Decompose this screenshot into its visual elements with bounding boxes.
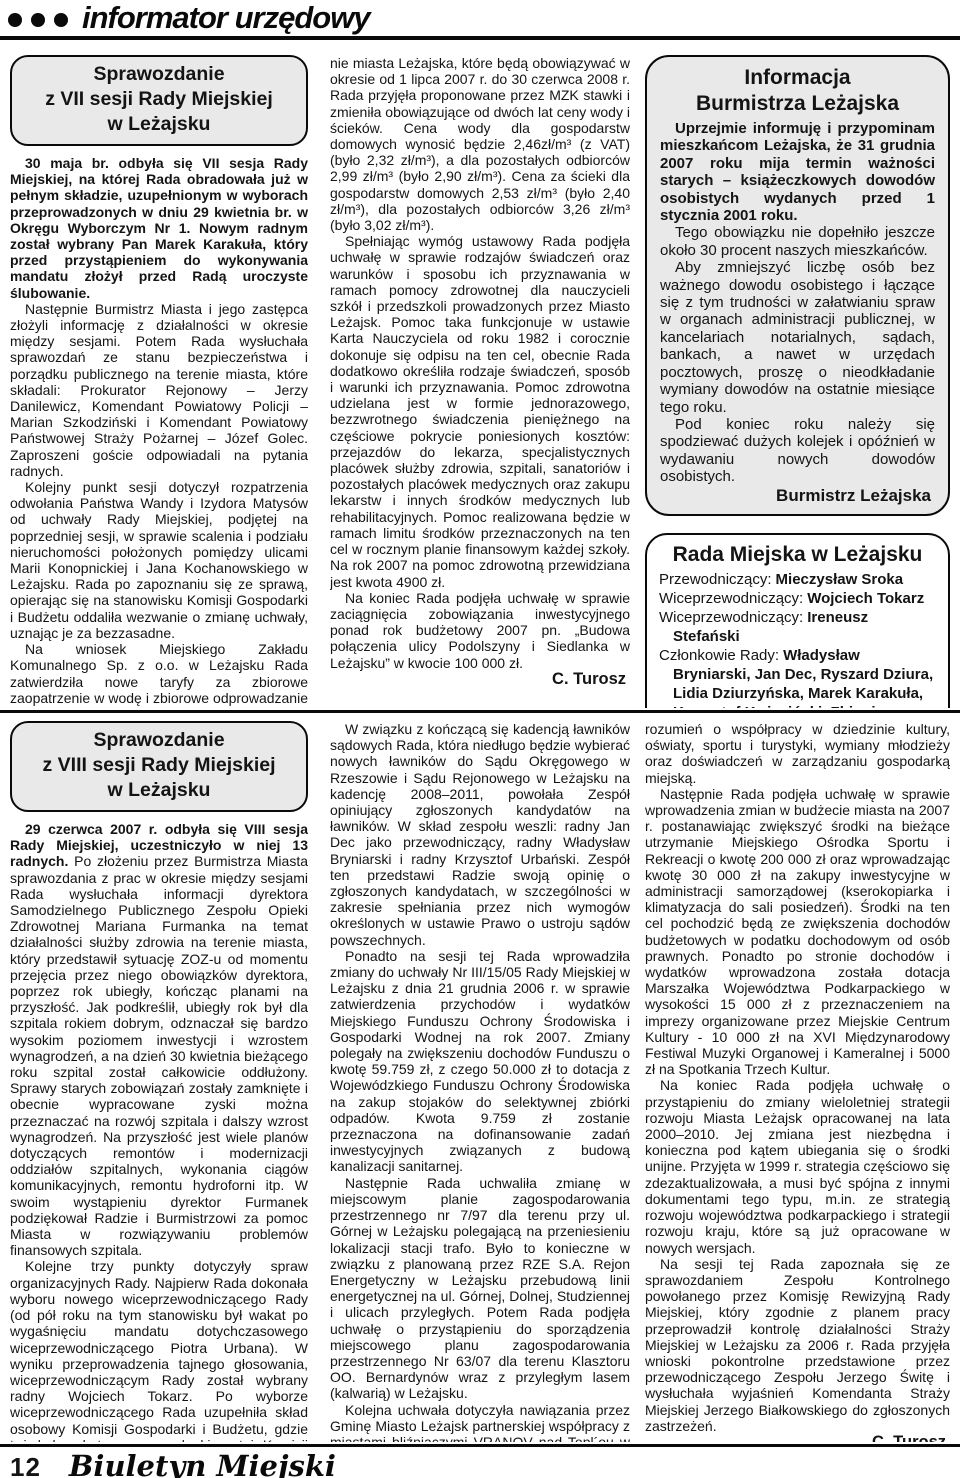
report-viii-column-2: W związku z kończącą się kadencją ławnik…	[330, 721, 630, 1442]
three-dots-icon	[8, 13, 68, 27]
page-number: 12	[10, 1452, 41, 1478]
body-paragraph: Następnie Burmistrz Miasta i jego zastęp…	[10, 301, 308, 479]
title-line: z VII sesji Rady Miejskiej	[16, 87, 302, 112]
report-vii-column-1: Sprawozdanie z VII sesji Rady Miejskiej …	[10, 55, 308, 708]
council-member-line: Członkowie Rady:Władysław Bryniarski, Ja…	[659, 646, 936, 708]
council-member-line: Wiceprzewodniczący:Wojciech Tokarz	[659, 589, 936, 608]
body-paragraph: Na sesji tej Rada zapoznała się ze spraw…	[645, 1256, 950, 1434]
body-paragraph: Na koniec Rada podjęła uchwałę w sprawie…	[330, 590, 630, 671]
body-paragraph: Następnie Rada uchwaliła zmianę w miejsc…	[330, 1175, 630, 1402]
header-rule	[0, 36, 960, 40]
body-paragraph: rozumień o współpracy w dziedzinie kultu…	[645, 721, 950, 786]
signature-c-turosz: C. Turosz	[645, 1434, 950, 1442]
body-paragraph: Na koniec Rada podjęła uchwałę o przystą…	[645, 1077, 950, 1255]
bulletin-title: Biuletyn Miejski	[69, 1449, 336, 1478]
city-council-box: Rada Miejska w Leżajsku Przewodniczący:M…	[645, 533, 950, 708]
body-paragraph: W związku z kończącą się kadencją ławnik…	[330, 721, 630, 948]
body-paragraph: Pod koniec roku należy się spodziewać du…	[660, 416, 935, 486]
body-paragraph: Kolejne trzy punkty dotyczyły spraw orga…	[10, 1258, 308, 1442]
council-member-line: Wiceprzewodniczący:Ireneusz Stefański	[659, 608, 936, 646]
mayor-info-box: Informacja Burmistrza Leżajska Uprzejmie…	[645, 55, 950, 516]
report-viii-column-1: Sprawozdanie z VIII sesji Rady Miejskiej…	[10, 721, 308, 1442]
report-vii-title-box: Sprawozdanie z VII sesji Rady Miejskiej …	[10, 55, 308, 146]
title-line: Sprawozdanie	[16, 62, 302, 87]
body-paragraph: Na wniosek Miejskiego Zakładu Komunalneg…	[10, 641, 308, 708]
section-divider-rule	[0, 710, 960, 713]
body-paragraph: Ponadto na sesji tej Rada wprowadziła zm…	[330, 948, 630, 1175]
body-paragraph: Kolejna uchwała dotyczyła nawiązania prz…	[330, 1402, 630, 1442]
section-title: informator urzędowy	[82, 0, 370, 36]
title-line: w Leżajsku	[16, 112, 302, 137]
mayor-info-title: Informacja Burmistrza Leżajska	[660, 65, 935, 117]
title-line: z VIII sesji Rady Miejskiej	[16, 753, 302, 778]
body-paragraph: Kolejny punkt sesji dotyczył rozpatrzeni…	[10, 479, 308, 641]
council-box-title: Rada Miejska w Leżajsku	[659, 542, 936, 568]
right-info-column: Informacja Burmistrza Leżajska Uprzejmie…	[645, 55, 950, 708]
lead-paragraph: 29 czerwca 2007 r. odbyła się VIII sesja…	[10, 821, 308, 1258]
bulletin-page: informator urzędowy Sprawozdanie z VII s…	[0, 0, 960, 1478]
footer-rule	[0, 1444, 960, 1447]
body-paragraph: Następnie Rada podjęła uchwałę w sprawie…	[645, 786, 950, 1078]
lead-paragraph: Uprzejmie informuję i przypominam mieszk…	[660, 120, 935, 224]
body-paragraph: nie miasta Leżajska, które będą obowiązy…	[330, 55, 630, 233]
title-line: w Leżajsku	[16, 778, 302, 803]
report-viii-title-box: Sprawozdanie z VIII sesji Rady Miejskiej…	[10, 721, 308, 812]
lead-paragraph: 30 maja br. odbyła się VII sesja Rady Mi…	[10, 155, 308, 301]
report-viii-column-3: rozumień o współpracy w dziedzinie kultu…	[645, 721, 950, 1442]
page-header: informator urzędowy	[8, 2, 370, 34]
body-paragraph: Aby zmniejszyć liczbę osób bez ważnego d…	[660, 259, 935, 416]
page-footer: 12 Biuletyn Miejski	[10, 1449, 336, 1478]
body-paragraph: Spełniając wymóg ustawowy Rada podjęła u…	[330, 233, 630, 589]
signature-c-turosz: C. Turosz	[330, 671, 630, 687]
council-member-line: Przewodniczący:Mieczysław Sroka	[659, 570, 936, 589]
report-vii-column-2: nie miasta Leżajska, które będą obowiązy…	[330, 55, 630, 708]
signature-burmistrz: Burmistrz Leżajska	[660, 487, 935, 504]
title-line: Sprawozdanie	[16, 728, 302, 753]
body-paragraph: Tego obowiązku nie dopełniło jeszcze oko…	[660, 224, 935, 259]
